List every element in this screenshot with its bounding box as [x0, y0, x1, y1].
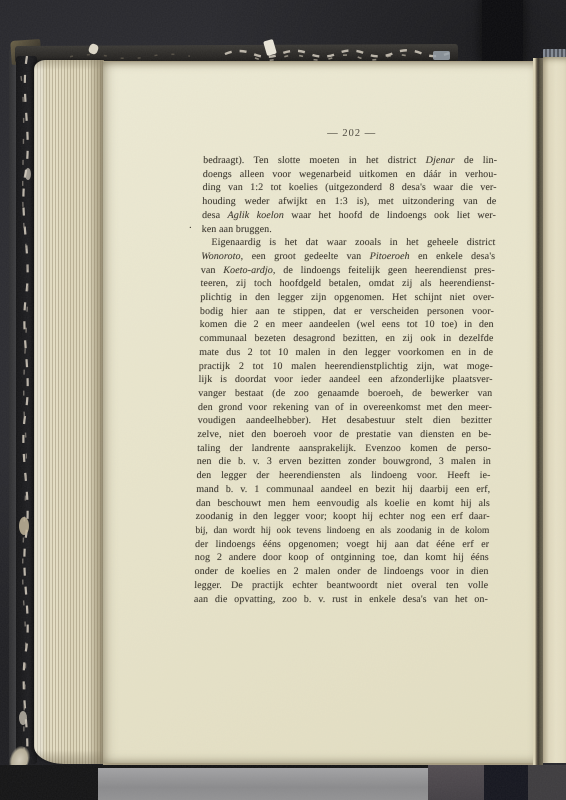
- body-text: de lin-: [455, 155, 498, 166]
- text-line: nen die b. v. 3 erven bezitten zonder bo…: [197, 455, 491, 469]
- body-text: den grond voor rekening van of in overee…: [198, 402, 492, 413]
- body-text: waar het hoofd de lindoengs ook liet wer…: [284, 210, 496, 221]
- text-line: ding van 1:2 tot koelies (uitgezonderd 8…: [202, 181, 496, 195]
- body-text: en enkele desa's: [410, 251, 496, 262]
- body-text: legger. De practijk echter beantwoordt n…: [194, 580, 488, 591]
- book-page: — 202 — bedraagt). Ten slotte moeten in …: [103, 61, 539, 765]
- text-line: bedraagt). Ten slotte moeten in het dist…: [203, 154, 497, 168]
- text-line: doengs alleen voor wegenarbeid uitkomen …: [203, 168, 497, 182]
- body-text: aan die opvatting, zoo b. v. rust in enk…: [194, 594, 488, 605]
- body-text: zoodanig in den legger voor; koopt hij e…: [196, 511, 490, 522]
- text-line: den grond voor rekening van of in overee…: [198, 401, 492, 415]
- text-line: ken aan bruggen.: [202, 223, 496, 237]
- text-line: zoodanig in den legger voor; koopt hij e…: [196, 510, 490, 524]
- italic-text: Wonoroto: [201, 251, 241, 262]
- body-text: den legger der heerendiensten als lindoe…: [196, 470, 490, 481]
- italic-text: Pitoeroeh: [370, 251, 410, 262]
- text-line: den legger der heerendiensten als lindoe…: [196, 469, 490, 483]
- body-text: doengs alleen voor wegenarbeid uitkomen …: [203, 169, 497, 180]
- text-line: practijk 2 tot 10 malen heerendienstplic…: [199, 360, 493, 374]
- body-text: taling der landrente aansprakelijk. Even…: [197, 443, 491, 454]
- text-line: mate dus 2 tot 10 malen in den legger vo…: [199, 346, 493, 360]
- page-number: — 202 —: [204, 120, 500, 141]
- body-text: onder de koelies en 2 malen onder de lin…: [194, 566, 488, 577]
- text-line: legger. De practijk echter beantwoordt n…: [194, 579, 488, 593]
- text-line: nog 2 andere door koop of ontginning toe…: [195, 551, 489, 565]
- italic-text: Djenar: [426, 155, 455, 166]
- text-line: desa Aglik koelon waar het hoofd de lind…: [202, 209, 496, 223]
- text-line: onder de koelies en 2 malen onder de lin…: [194, 565, 488, 579]
- text-line: voudigen aandeelhebber). Het desabestuur…: [198, 414, 492, 428]
- body-text: Eigenaardig is het dat waar zooals in he…: [211, 237, 495, 248]
- body-text: teeren, zij toch hoofdgeld betalen, omda…: [200, 278, 494, 289]
- text-line: dan beschouwt men hem eenvoudig als koel…: [196, 497, 490, 511]
- text-line: komen die 2 en meer aandeelen (wel eens …: [200, 318, 494, 332]
- gray-surface: [98, 768, 428, 800]
- text-line: der lindoengs ééns opgenomen; voegt hij …: [195, 538, 489, 552]
- body-text: van: [201, 265, 224, 276]
- body-text: communaal bezeten desagrond bezitten, en…: [199, 333, 493, 344]
- text-line: aan die opvatting, zoo b. v. rust in enk…: [194, 593, 488, 607]
- body-text: zelve, niet den boeroeh voor de prestati…: [197, 429, 491, 440]
- page-edge-striations: [34, 60, 104, 764]
- body-text: vanger bestaat (de zoo genaamde boeroeh,…: [198, 388, 492, 399]
- body-text: , een groot gedeelte van: [241, 251, 370, 262]
- text-block: bedraagt). Ten slotte moeten in het dist…: [194, 154, 497, 606]
- text-line: Wonoroto, een groot gedeelte van Pitoero…: [201, 250, 495, 264]
- body-text: lijk is doordat voor ieder aandeel een a…: [198, 374, 492, 385]
- page-content: — 202 — bedraagt). Ten slotte moeten in …: [194, 120, 500, 606]
- body-text: bij, dan wordt hij ook tevens lindoeng e…: [195, 525, 489, 536]
- italic-text: Koeto-ardjo: [223, 265, 273, 276]
- dark-surface-block: [428, 765, 484, 800]
- text-line: Eigenaardig is het dat waar zooals in he…: [201, 236, 495, 250]
- text-line: van Koeto-ardjo, de lindoengs feitelijk …: [201, 264, 495, 278]
- ink-speck: .: [189, 219, 192, 231]
- text-line: vanger bestaat (de zoo genaamde boeroeh,…: [198, 387, 492, 401]
- gray-blue-speck: [433, 51, 450, 60]
- body-text: voudigen aandeelhebber). Het desabestuur…: [198, 415, 492, 426]
- text-line: teeren, zij toch hoofdgeld betalen, omda…: [200, 277, 494, 291]
- italic-text: Aglik koelon: [227, 210, 284, 221]
- body-text: komen die 2 en meer aandeelen (wel eens …: [200, 319, 494, 330]
- text-line: mand b. v. 1 communaal aandeel en bezit …: [196, 483, 490, 497]
- body-text: houding weder afwijkt en 1:3 is), met ui…: [202, 196, 496, 207]
- body-text: der lindoengs ééns opgenomen; voegt hij …: [195, 539, 489, 550]
- text-line: lijk is doordat voor ieder aandeel een a…: [198, 373, 492, 387]
- background-gap: [482, 0, 523, 61]
- navy-surface-block: [484, 765, 528, 800]
- right-surface-block: [528, 765, 566, 800]
- body-text: bodig hier aan te stippen, dat er versch…: [200, 306, 494, 317]
- body-text: plichtig in den legger zijn opgenomen. H…: [200, 292, 494, 303]
- text-line: communaal bezeten desagrond bezitten, en…: [199, 332, 493, 346]
- body-text: , de lindoengs feitelijk geen heerendien…: [273, 265, 495, 276]
- body-text: ken aan bruggen.: [202, 224, 272, 235]
- facing-page-edge: [543, 57, 566, 763]
- body-text: mand b. v. 1 communaal aandeel en bezit …: [196, 484, 490, 495]
- body-text: dan beschouwt men hem eenvoudig als koel…: [196, 498, 490, 509]
- body-text: desa: [202, 210, 228, 221]
- book-photo-scene: — 202 — bedraagt). Ten slotte moeten in …: [0, 0, 566, 800]
- text-line: plichtig in den legger zijn opgenomen. H…: [200, 291, 494, 305]
- body-text: ding van 1:2 tot koelies (uitgezonderd 8…: [202, 182, 496, 193]
- text-line: bij, dan wordt hij ook tevens lindoeng e…: [195, 524, 489, 538]
- text-line: zelve, niet den boeroeh voor de prestati…: [197, 428, 491, 442]
- body-text: nog 2 andere door koop of ontginning toe…: [195, 552, 489, 563]
- body-text: nen die b. v. 3 erven bezitten zonder bo…: [197, 456, 491, 467]
- body-text: bedraagt). Ten slotte moeten in het dist…: [203, 155, 426, 166]
- text-line: houding weder afwijkt en 1:3 is), met ui…: [202, 195, 496, 209]
- page-gutter-shadow: [533, 58, 543, 765]
- text-line: bodig hier aan te stippen, dat er versch…: [200, 305, 494, 319]
- body-text: mate dus 2 tot 10 malen in den legger vo…: [199, 347, 493, 358]
- body-text: practijk 2 tot 10 malen heerendienstplic…: [199, 361, 493, 372]
- table-surface: [0, 765, 566, 800]
- text-line: taling der landrente aansprakelijk. Even…: [197, 442, 491, 456]
